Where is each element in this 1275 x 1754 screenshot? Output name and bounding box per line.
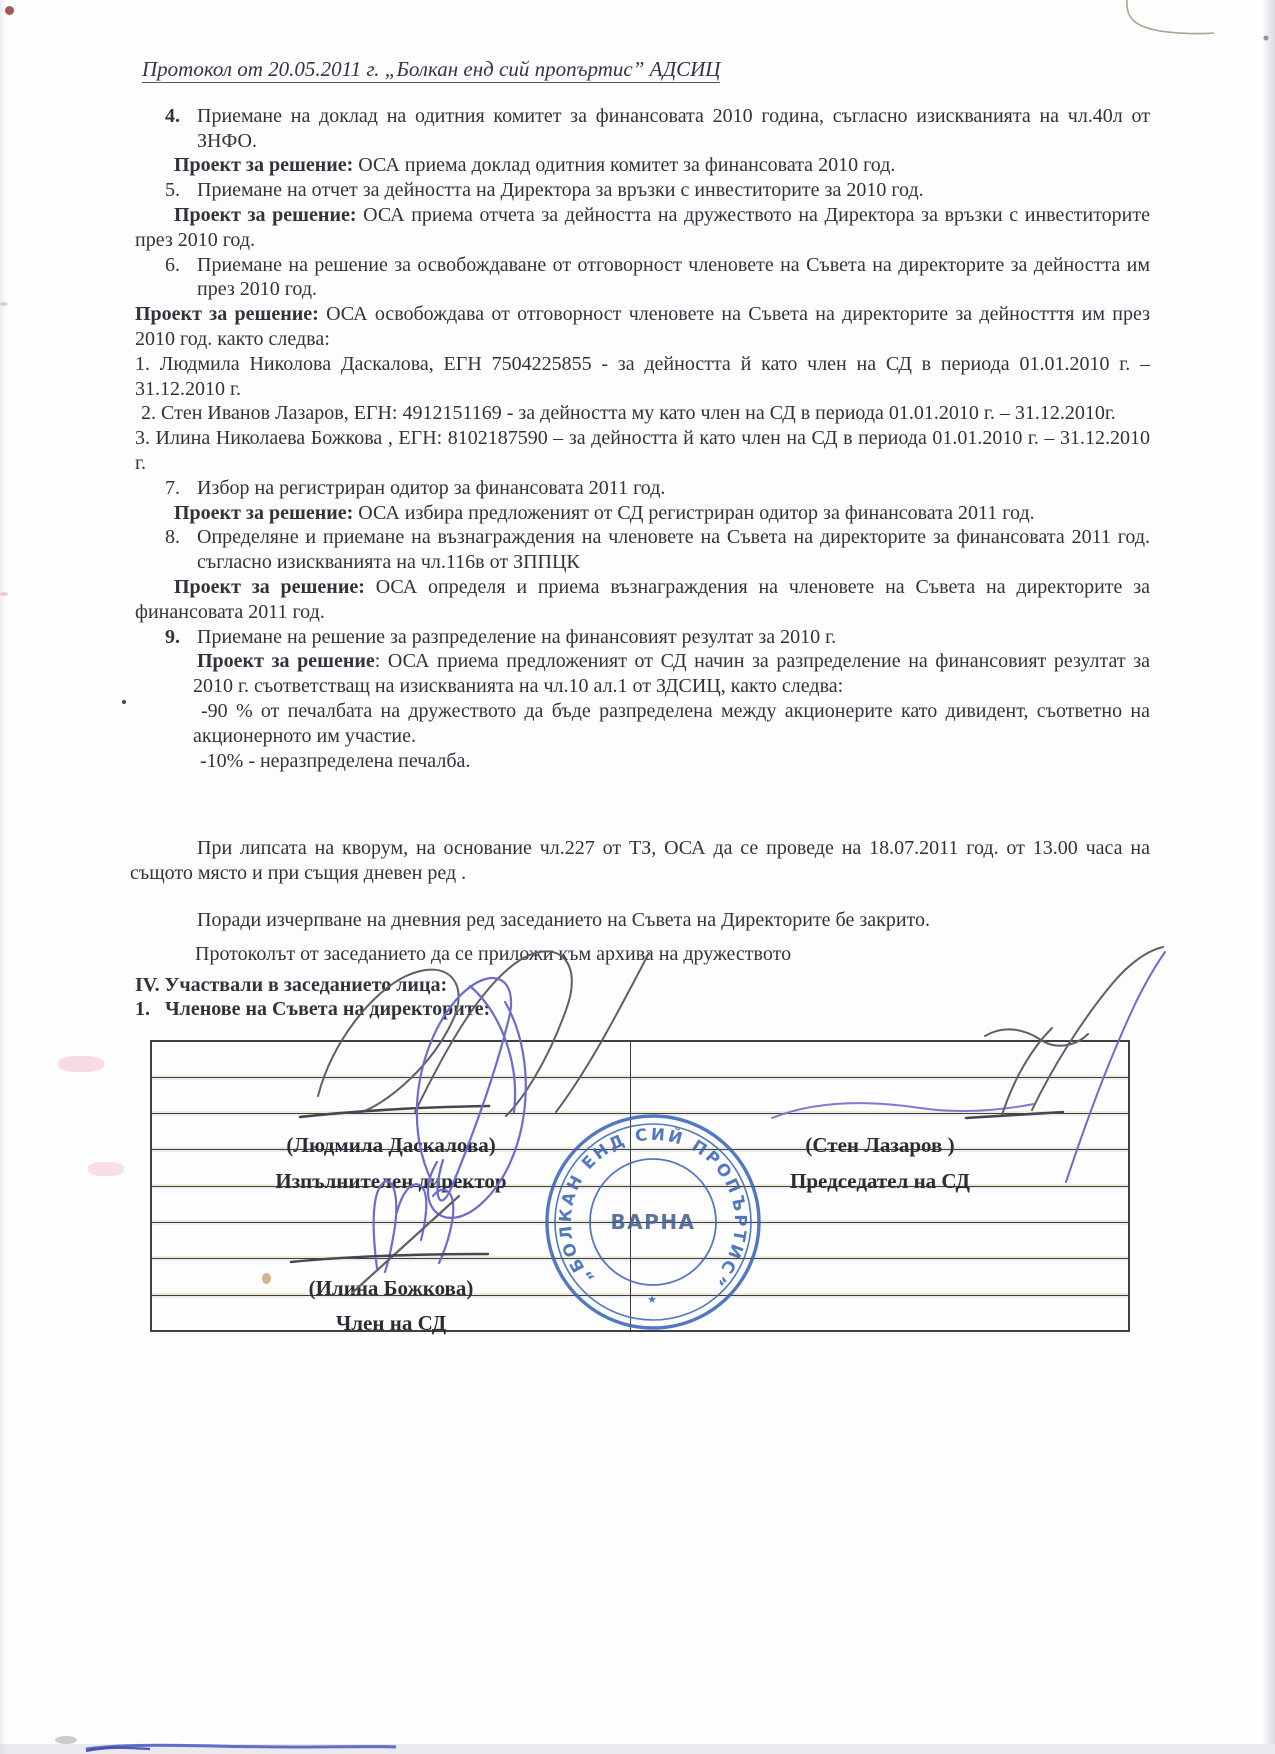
- board-member-1: 1. Людмила Николова Даскалова, ЕГН 75042…: [135, 352, 1150, 402]
- document-body: Протокол от 20.05.2011 г. „Болкан енд си…: [135, 57, 1150, 1022]
- table-row-line: [152, 1077, 1128, 1078]
- scan-speck-gray-bottom: [55, 1736, 77, 1744]
- scan-speck-topleft: [5, 6, 14, 15]
- draft-resolution-7: Проект за решение: ОСА избира предложени…: [135, 501, 1150, 526]
- item-number: 5.: [165, 178, 197, 203]
- agenda-item-5: 5.Приемане на отчет за дейността на Дире…: [197, 178, 1150, 203]
- signer-role-daskalova: Изпълнителен директор: [152, 1169, 630, 1194]
- scan-speck-pink-edge2: [0, 592, 8, 596]
- scan-edge-right: [1262, 0, 1275, 1754]
- scan-edge-left: [0, 0, 6, 1754]
- item-number: 8.: [165, 525, 197, 550]
- signer-name-bozhkova: (Илина Божкова): [152, 1276, 630, 1301]
- signer-role-lazarov: Председател на СД: [630, 1169, 1130, 1194]
- agenda-item-7: 7.Избор на регистриран одитор за финансо…: [197, 476, 1150, 501]
- draft-resolution-8: Проект за решение: ОСА определя и приема…: [135, 575, 1150, 625]
- draft-resolution-9: Проект за решение: ОСА приема предложени…: [193, 649, 1150, 699]
- table-row-line: [152, 1258, 1128, 1259]
- scan-smudge-pink-1: [58, 1056, 104, 1072]
- scanned-protocol-page: Протокол от 20.05.2011 г. „Болкан енд си…: [0, 0, 1275, 1754]
- stray-ink-dot: [122, 700, 126, 704]
- quorum-paragraph: При липсата на кворум, на основание чл.2…: [130, 836, 1150, 886]
- sub-number: 1.: [135, 997, 165, 1022]
- item-number: 7.: [165, 476, 197, 501]
- meeting-closed-paragraph: Поради изчерпване на дневния ред заседан…: [135, 908, 1150, 933]
- agenda-item-8: 8.Определяне и приемане на възнаграждени…: [197, 525, 1150, 575]
- table-row-line: [152, 1222, 1128, 1223]
- draft-resolution-5: Проект за решение: ОСА приема отчета за …: [135, 203, 1150, 253]
- dividend-90-line: -90 % от печалбата на дружеството да бъд…: [193, 699, 1150, 749]
- signer-role-bozhkova: Член на СД: [152, 1311, 630, 1336]
- draft-resolution-4: Проект за решение: ОСА приема доклад оди…: [135, 153, 1150, 178]
- signer-name-lazarov: (Стен Лазаров ): [630, 1133, 1130, 1158]
- item-number: 4.: [165, 104, 197, 129]
- signer-name-daskalova: (Людмила Даскалова): [152, 1133, 630, 1158]
- scan-edge-bottom: [0, 1744, 1275, 1754]
- agenda-item-9: 9.Приемане на решение за разпределение н…: [197, 625, 1150, 650]
- agenda-item-4: 4.Приемане на доклад на одитния комитет …: [197, 104, 1150, 154]
- scan-arc-topright: [1127, 0, 1214, 34]
- scan-smudge-pink-2: [88, 1162, 124, 1176]
- board-member-2: 2. Стен Иванов Лазаров, ЕГН: 4912151169 …: [135, 401, 1150, 426]
- section-iv-sub: 1.Членове на Съвета на директорите:: [135, 997, 1150, 1022]
- retained-10-line: -10% - неразпределена печалба.: [200, 749, 1150, 774]
- item-number: 9.: [165, 625, 197, 650]
- draft-resolution-6: Проект за решение: ОСА освобождава от от…: [135, 302, 1150, 352]
- archive-paragraph: Протоколът от заседанието да се приложи …: [135, 942, 1150, 967]
- signature-table: (Людмила Даскалова) Изпълнителен директо…: [150, 1040, 1130, 1332]
- document-header: Протокол от 20.05.2011 г. „Болкан енд си…: [142, 57, 1150, 82]
- document-header-text: Протокол от 20.05.2011 г. „Болкан енд си…: [142, 57, 720, 83]
- table-row-line: [152, 1113, 1128, 1114]
- agenda-item-6: 6.Приемане на решение за освобождаване о…: [197, 253, 1150, 303]
- section-iv-heading: IV. Участвали в заседанието лица:: [135, 973, 1150, 998]
- item-number: 6.: [165, 253, 197, 278]
- board-member-3: 3. Илина Николаева Божкова , ЕГН: 810218…: [135, 426, 1150, 476]
- scan-speck-pink-edge1: [0, 302, 8, 306]
